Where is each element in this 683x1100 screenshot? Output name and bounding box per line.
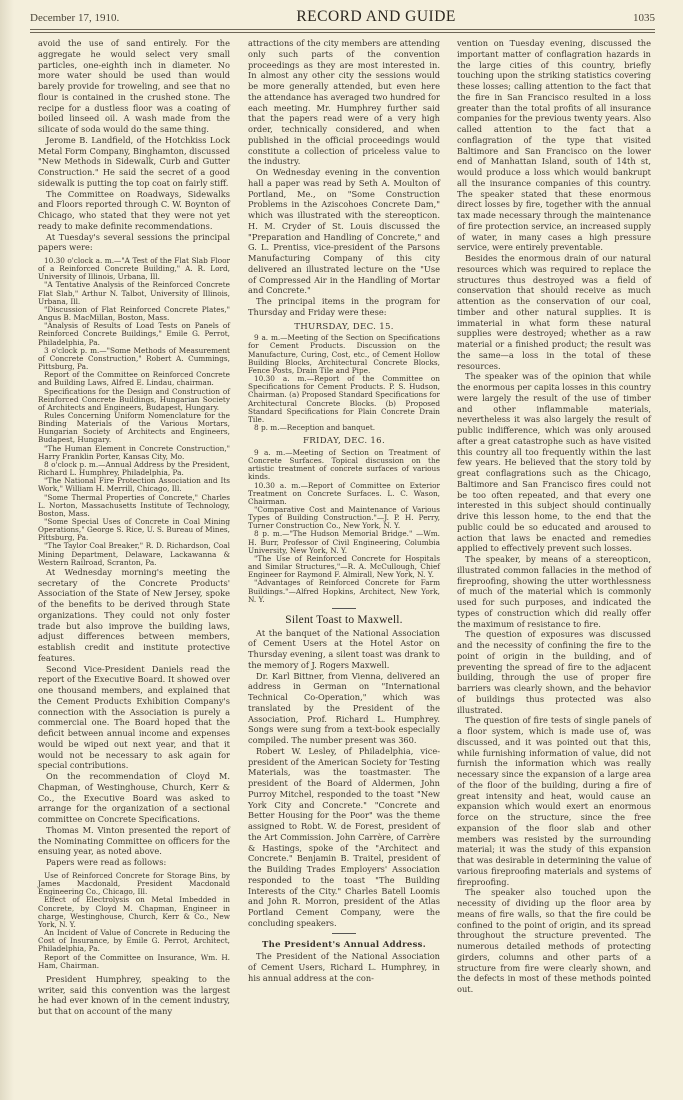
paragraph: Besides the enormous drain of our natura…	[457, 253, 651, 371]
list-item: Report of the Committee on Reinforced Co…	[38, 371, 230, 387]
list-item: "Some Special Uses of Concrete in Coal M…	[38, 518, 230, 542]
column-3: vention on Tuesday evening, discussed th…	[457, 38, 651, 995]
article-headline: Silent Toast to Maxwell.	[248, 615, 440, 626]
paragraph: The speaker was of the opinion that whil…	[457, 371, 651, 554]
paragraph: The speaker also touched upon the necess…	[457, 887, 651, 995]
list-item: "Advantages of Reinforced Concrete for F…	[248, 579, 440, 603]
list-item: An Incident of Value of Concrete in Redu…	[38, 929, 230, 953]
list-item: "Analysis of Results of Load Tests on Pa…	[38, 322, 230, 346]
list-item: 9 a. m.—Meeting of the Section on Specif…	[248, 334, 440, 375]
list-item: Specifications for the Design and Constr…	[38, 388, 230, 412]
list-item: 8 p. m.—Reception and banquet.	[248, 424, 440, 432]
paragraph: The principal items in the program for T…	[248, 296, 440, 318]
list-item: "A Tentative Analysis of the Reinforced …	[38, 281, 230, 305]
paragraph: At the banquet of the National Associati…	[248, 628, 440, 671]
list-item: Report of the Committee on Insurance, Wm…	[38, 954, 230, 970]
paragraph: Jerome B. Landfield, of the Hotchkiss Lo…	[38, 135, 230, 189]
section-divider	[332, 608, 356, 609]
list-item: 8 p. m.—"The Hudson Memorial Bridge." —W…	[248, 530, 440, 554]
paragraph: The speaker, by means of a stereopticon,…	[457, 554, 651, 629]
paragraph: Thomas M. Vinton presented the report of…	[38, 825, 230, 857]
paragraph: On Wednesday evening in the convention h…	[248, 167, 440, 296]
list-item: 8 o'clock p. m.—Annual Address by the Pr…	[38, 461, 230, 477]
paragraph: On the recommendation of Cloyd M. Chapma…	[38, 771, 230, 825]
paragraph: At Tuesday's several sessions the princi…	[38, 232, 230, 254]
tuesday-papers-list: 10.30 o'clock a. m.—"A Test of the Flat …	[38, 257, 230, 567]
list-item: 10.30 a. m.—Report of Committee on Exter…	[248, 482, 440, 506]
paragraph: At Wednesday morning's meeting the secre…	[38, 567, 230, 664]
friday-heading: FRIDAY, DEC. 16.	[248, 436, 440, 447]
publication-title: RECORD AND GUIDE	[296, 8, 456, 26]
paragraph: attractions of the city members are atte…	[248, 38, 440, 167]
list-item: 3 o'clock p. m.—"Some Methods of Measure…	[38, 347, 230, 371]
paragraph: avoid the use of sand entirely. For the …	[38, 38, 230, 135]
paragraph: vention on Tuesday evening, discussed th…	[457, 38, 651, 253]
paragraph: Papers were read as follows:	[38, 857, 230, 868]
list-item: 10.30 a. m.—Report of the Committee on S…	[248, 375, 440, 424]
list-item: Rules Concerning Uniform Nomenclature fo…	[38, 412, 230, 445]
newspaper-page: December 17, 1910. RECORD AND GUIDE 1035…	[0, 0, 683, 1100]
paragraph: The Committee on Roadways, Sidewalks and…	[38, 189, 230, 232]
page-number: 1035	[633, 12, 655, 24]
paragraph: Dr. Karl Bittner, from Vienna, delivered…	[248, 671, 440, 746]
article-subheadline: The President's Annual Address.	[248, 940, 440, 951]
paragraph: The question of fire tests of single pan…	[457, 715, 651, 887]
list-item: "The Use of Reinforced Concrete for Hosp…	[248, 555, 440, 579]
list-item: Use of Reinforced Concrete for Storage B…	[38, 872, 230, 896]
section-divider	[332, 933, 356, 934]
header-rule-bottom	[30, 32, 655, 33]
paragraph: President Humphrey, speaking to the writ…	[38, 974, 230, 1017]
list-item: "Discussion of Flat Reinforced Concrete …	[38, 306, 230, 322]
header-rule-top	[30, 29, 655, 30]
paragraph: The question of exposures was discussed …	[457, 629, 651, 715]
paragraph: Robert W. Lesley, of Philadelphia, vice-…	[248, 746, 440, 929]
paragraph: Second Vice-President Daniels read the r…	[38, 664, 230, 772]
page-header: December 17, 1910. RECORD AND GUIDE 1035	[30, 8, 655, 28]
list-item: 9 a. m.—Meeting of Section on Treatment …	[248, 449, 440, 482]
wednesday-papers-list: Use of Reinforced Concrete for Storage B…	[38, 872, 230, 970]
column-2: attractions of the city members are atte…	[248, 38, 440, 984]
list-item: "The Human Element in Concrete Construct…	[38, 445, 230, 461]
list-item: "The Taylor Coal Breaker," R. D. Richard…	[38, 542, 230, 566]
issue-date: December 17, 1910.	[30, 12, 119, 24]
thursday-heading: THURSDAY, DEC. 15.	[248, 322, 440, 333]
list-item: Effect of Electrolysis on Metal Imbedded…	[38, 896, 230, 929]
paragraph: The President of the National Associatio…	[248, 951, 440, 983]
list-item: "Comparative Cost and Maintenance of Var…	[248, 506, 440, 530]
list-item: "Some Thermal Properties of Concrete," C…	[38, 494, 230, 518]
list-item: "The National Fire Protection Associatio…	[38, 477, 230, 493]
list-item: 10.30 o'clock a. m.—"A Test of the Flat …	[38, 257, 230, 281]
column-1: avoid the use of sand entirely. For the …	[38, 38, 230, 1017]
